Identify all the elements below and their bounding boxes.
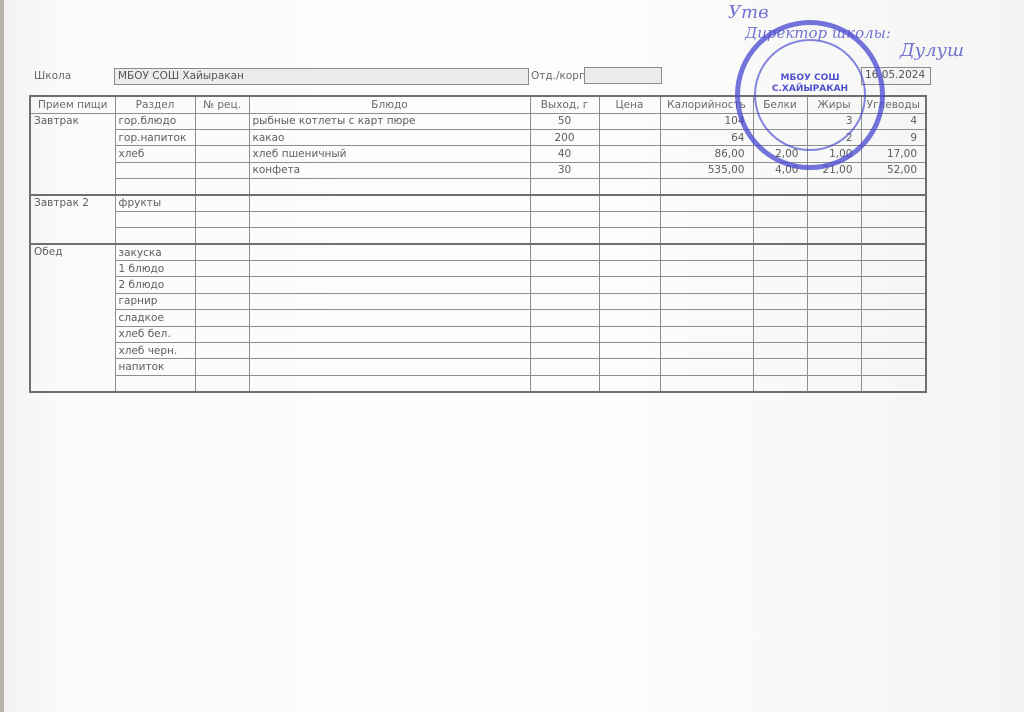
carbs-cell	[861, 293, 926, 309]
price-cell	[599, 342, 660, 358]
meal-cell: Обед	[30, 244, 115, 392]
price-cell	[599, 375, 660, 391]
yield-cell	[530, 228, 599, 244]
table-row: 1 блюдо	[30, 261, 926, 277]
carbs-cell: 17,00	[861, 146, 926, 162]
section-cell: 2 блюдо	[115, 277, 195, 293]
section-cell: 1 блюдо	[115, 261, 195, 277]
price-cell	[599, 113, 660, 129]
calories-cell	[660, 342, 753, 358]
column-header: Выход, г	[530, 96, 599, 113]
yield-cell	[530, 244, 599, 260]
calories-cell	[660, 244, 753, 260]
protein-cell: 4,00	[753, 162, 807, 178]
protein-cell	[753, 179, 807, 195]
fat-cell: 1,00	[807, 146, 861, 162]
recipe-cell	[195, 195, 249, 211]
price-cell	[599, 146, 660, 162]
recipe-cell	[195, 375, 249, 391]
dish-cell	[249, 195, 530, 211]
table-row	[30, 211, 926, 227]
section-cell	[115, 375, 195, 391]
section-cell: закуска	[115, 244, 195, 260]
calories-cell	[660, 195, 753, 211]
yield-cell	[530, 359, 599, 375]
dept-label: Отд./корп	[531, 70, 586, 82]
table-row	[30, 375, 926, 391]
price-cell	[599, 129, 660, 145]
recipe-cell	[195, 310, 249, 326]
table-row	[30, 179, 926, 195]
dish-cell	[249, 211, 530, 227]
column-header: Раздел	[115, 96, 195, 113]
table-row	[30, 228, 926, 244]
section-cell	[115, 162, 195, 178]
section-cell: напиток	[115, 359, 195, 375]
yield-cell	[530, 326, 599, 342]
fat-cell	[807, 228, 861, 244]
dept-field	[584, 67, 662, 84]
dish-cell: хлеб пшеничный	[249, 146, 530, 162]
calories-cell	[660, 359, 753, 375]
protein-cell	[753, 342, 807, 358]
protein-cell	[753, 277, 807, 293]
section-cell: хлеб	[115, 146, 195, 162]
price-cell	[599, 211, 660, 227]
protein-cell	[753, 195, 807, 211]
column-header: Углеводы	[861, 96, 926, 113]
protein-cell	[753, 359, 807, 375]
yield-cell: 40	[530, 146, 599, 162]
date-field: 16.05.2024	[861, 67, 931, 85]
dish-cell: конфета	[249, 162, 530, 178]
dish-cell	[249, 244, 530, 260]
fat-cell	[807, 261, 861, 277]
carbs-cell	[861, 310, 926, 326]
price-cell	[599, 326, 660, 342]
recipe-cell	[195, 261, 249, 277]
protein-cell	[753, 113, 807, 129]
table-header-row: Прием пищиРаздел№ рец.БлюдоВыход, гЦенаК…	[30, 96, 926, 113]
dish-cell	[249, 359, 530, 375]
yield-cell: 30	[530, 162, 599, 178]
carbs-cell	[861, 375, 926, 391]
table-row: Завтрак 2фрукты	[30, 195, 926, 211]
price-cell	[599, 244, 660, 260]
menu-table: Прием пищиРаздел№ рец.БлюдоВыход, гЦенаК…	[29, 95, 927, 393]
carbs-cell	[861, 195, 926, 211]
column-header: Прием пищи	[30, 96, 115, 113]
fat-cell	[807, 195, 861, 211]
section-cell: фрукты	[115, 195, 195, 211]
yield-cell: 200	[530, 129, 599, 145]
fat-cell	[807, 211, 861, 227]
dish-cell	[249, 179, 530, 195]
column-header: Белки	[753, 96, 807, 113]
fat-cell	[807, 359, 861, 375]
protein-cell	[753, 293, 807, 309]
calories-cell	[660, 277, 753, 293]
yield-cell: 50	[530, 113, 599, 129]
calories-cell	[660, 179, 753, 195]
recipe-cell	[195, 129, 249, 145]
protein-cell	[753, 375, 807, 391]
price-cell	[599, 293, 660, 309]
yield-cell	[530, 310, 599, 326]
section-cell	[115, 211, 195, 227]
carbs-cell	[861, 277, 926, 293]
recipe-cell	[195, 359, 249, 375]
protein-cell	[753, 129, 807, 145]
section-cell: гор.напиток	[115, 129, 195, 145]
calories-cell: 86,00	[660, 146, 753, 162]
table-row: гор.напитоккакао2006429	[30, 129, 926, 145]
price-cell	[599, 261, 660, 277]
carbs-cell: 4	[861, 113, 926, 129]
carbs-cell	[861, 228, 926, 244]
table-row: 2 блюдо	[30, 277, 926, 293]
column-header: Цена	[599, 96, 660, 113]
fat-cell: 2	[807, 129, 861, 145]
section-cell: сладкое	[115, 310, 195, 326]
price-cell	[599, 310, 660, 326]
table-row: напиток	[30, 359, 926, 375]
calories-cell: 104	[660, 113, 753, 129]
dish-cell: какао	[249, 129, 530, 145]
table-row: хлебхлеб пшеничный4086,002,001,0017,00	[30, 146, 926, 162]
recipe-cell	[195, 277, 249, 293]
recipe-cell	[195, 342, 249, 358]
recipe-cell	[195, 293, 249, 309]
table-row: хлеб бел.	[30, 326, 926, 342]
recipe-cell	[195, 228, 249, 244]
recipe-cell	[195, 326, 249, 342]
yield-cell	[530, 375, 599, 391]
column-header: Жиры	[807, 96, 861, 113]
table-row: хлеб черн.	[30, 342, 926, 358]
section-cell	[115, 228, 195, 244]
meal-cell: Завтрак	[30, 113, 115, 195]
section-cell: гарнир	[115, 293, 195, 309]
protein-cell: 2,00	[753, 146, 807, 162]
yield-cell	[530, 261, 599, 277]
recipe-cell	[195, 113, 249, 129]
carbs-cell	[861, 326, 926, 342]
school-label: Школа	[34, 70, 71, 82]
fat-cell	[807, 375, 861, 391]
fat-cell	[807, 179, 861, 195]
dish-cell	[249, 293, 530, 309]
recipe-cell	[195, 146, 249, 162]
carbs-cell	[861, 359, 926, 375]
yield-cell	[530, 277, 599, 293]
fat-cell	[807, 310, 861, 326]
dish-cell	[249, 375, 530, 391]
yield-cell	[530, 211, 599, 227]
recipe-cell	[195, 244, 249, 260]
fat-cell: 3	[807, 113, 861, 129]
carbs-cell: 9	[861, 129, 926, 145]
fat-cell	[807, 244, 861, 260]
carbs-cell	[861, 261, 926, 277]
calories-cell	[660, 293, 753, 309]
fat-cell	[807, 342, 861, 358]
calories-cell	[660, 310, 753, 326]
yield-cell	[530, 293, 599, 309]
protein-cell	[753, 244, 807, 260]
meal-cell: Завтрак 2	[30, 195, 115, 244]
fat-cell	[807, 277, 861, 293]
table-row: Завтракгор.блюдорыбные котлеты с карт пю…	[30, 113, 926, 129]
column-header: № рец.	[195, 96, 249, 113]
table-row: Обедзакуска	[30, 244, 926, 260]
recipe-cell	[195, 162, 249, 178]
recipe-cell	[195, 179, 249, 195]
dish-cell	[249, 277, 530, 293]
dish-cell	[249, 310, 530, 326]
table-row: гарнир	[30, 293, 926, 309]
school-field: МБОУ СОШ Хайыракан	[114, 68, 529, 85]
section-cell: хлеб бел.	[115, 326, 195, 342]
calories-cell	[660, 211, 753, 227]
dish-cell	[249, 342, 530, 358]
price-cell	[599, 195, 660, 211]
recipe-cell	[195, 211, 249, 227]
dish-cell	[249, 326, 530, 342]
section-cell: гор.блюдо	[115, 113, 195, 129]
dish-cell	[249, 228, 530, 244]
calories-cell	[660, 375, 753, 391]
price-cell	[599, 228, 660, 244]
table-row: конфета30535,004,0021,0052,00	[30, 162, 926, 178]
carbs-cell	[861, 211, 926, 227]
calories-cell	[660, 228, 753, 244]
fat-cell	[807, 293, 861, 309]
protein-cell	[753, 326, 807, 342]
yield-cell	[530, 195, 599, 211]
protein-cell	[753, 261, 807, 277]
price-cell	[599, 162, 660, 178]
calories-cell	[660, 261, 753, 277]
carbs-cell	[861, 179, 926, 195]
table-row: сладкое	[30, 310, 926, 326]
price-cell	[599, 277, 660, 293]
fat-cell	[807, 326, 861, 342]
calories-cell: 535,00	[660, 162, 753, 178]
column-header: Калорийность	[660, 96, 753, 113]
price-cell	[599, 359, 660, 375]
dish-cell: рыбные котлеты с карт пюре	[249, 113, 530, 129]
protein-cell	[753, 228, 807, 244]
protein-cell	[753, 310, 807, 326]
fat-cell: 21,00	[807, 162, 861, 178]
yield-cell	[530, 342, 599, 358]
yield-cell	[530, 179, 599, 195]
section-cell	[115, 179, 195, 195]
calories-cell: 64	[660, 129, 753, 145]
dish-cell	[249, 261, 530, 277]
section-cell: хлеб черн.	[115, 342, 195, 358]
protein-cell	[753, 211, 807, 227]
carbs-cell	[861, 342, 926, 358]
carbs-cell: 52,00	[861, 162, 926, 178]
carbs-cell	[861, 244, 926, 260]
column-header: Блюдо	[249, 96, 530, 113]
calories-cell	[660, 326, 753, 342]
price-cell	[599, 179, 660, 195]
